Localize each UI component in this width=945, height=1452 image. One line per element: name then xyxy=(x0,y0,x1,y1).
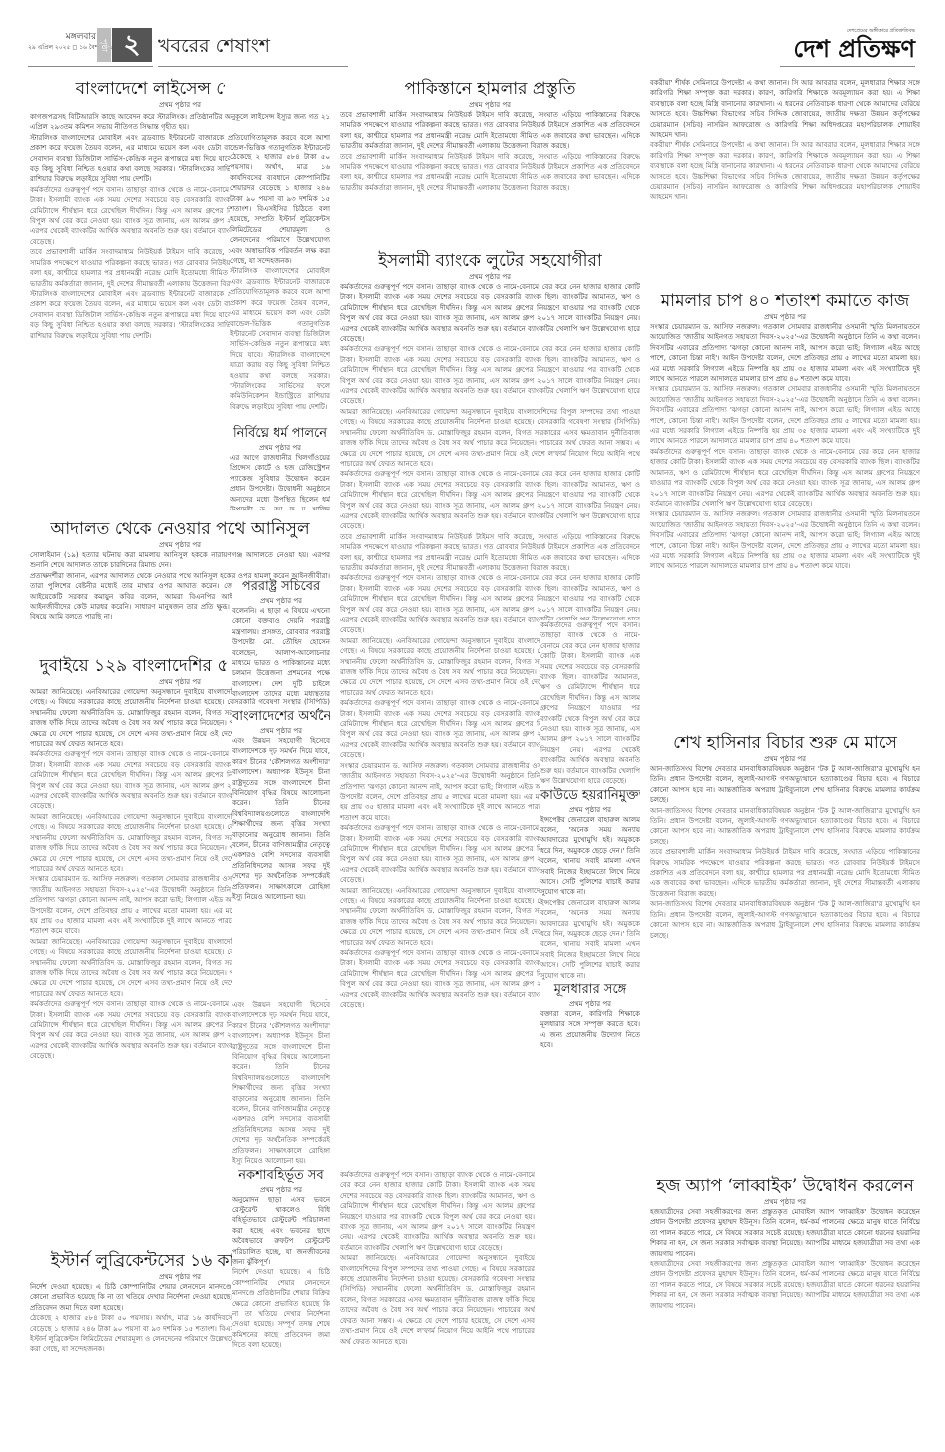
article-body: আন-জাতিসংঘ বিশেষ দেবতার মানবাধিকারবিষয়ক… xyxy=(650,764,920,941)
brand-name: দেশ প্রতিক্ষণ xyxy=(793,35,915,63)
jump-line: প্রথম পৃষ্ঠার পর xyxy=(650,1197,920,1207)
article-body: এবং উন্নয়ন সহযোগী হিসেবে বাংলাদেশকে দৃঢ… xyxy=(232,736,330,903)
story-dharma: নির্বিঘ্নে ধর্ম পালনে প্রথম পৃষ্ঠার পর এ… xyxy=(230,425,330,510)
story-naksha: এবং উন্নয়ন সহযোগী হিসেবে বাংলাদেশকে দৃঢ… xyxy=(232,1000,330,1440)
story-headline: মামলার চাপ ৪০ শতাংশ কমাতে কাজ xyxy=(650,290,920,312)
jump-line: প্রথম পৃষ্ঠার পর xyxy=(230,443,330,453)
article-text: আমরা জানিয়েছে। এনবিআরের গোয়েন্দা অনুসন… xyxy=(340,1253,535,1347)
article-text: কর্মকর্তাদের গুরুত্বপূর্ণ পদে বসান। তাছা… xyxy=(340,1170,535,1253)
story-headline: বাংলাদেশে লাইসেন্স পেল ইলন xyxy=(30,78,225,100)
article-text: এবং উন্নয়ন সহযোগী হিসেবে বাংলাদেশকে দৃঢ… xyxy=(232,736,330,903)
article-body: অনুমোদন ছাড়া এসব ভবনে রেস্টুরেন্ট থাকলে… xyxy=(232,1195,330,1351)
masthead: মঙ্গলবার ২৯ এপ্রিল ২০২৫ ◻ ১৬ বৈশাখ ১৪৩২ … xyxy=(0,0,945,70)
article-text: তবে প্রভাবশালী মার্কিন সংবাদমাধ্যম নিউইয… xyxy=(340,532,640,574)
article-body: বলেননি। এ ছাড়া এ বিষয়ে এখনো কোনো বক্তব… xyxy=(232,606,330,698)
story-headline: আদালত থেকে নেওয়ার পথে আনিসুল xyxy=(30,518,330,540)
story-foreign: পররাষ্ট্র সচিবের প্রথম পৃষ্ঠার পর বলেননি… xyxy=(232,578,330,698)
story-hajj: হজ অ্যাপ ‘লাব্বাইক’ উদ্বোধন করলেন প্রথম … xyxy=(650,1175,920,1440)
story-headline: বাংলাদেশের অর্থনৈতিক xyxy=(232,708,330,726)
jump-line: প্রথম পৃষ্ঠার পর xyxy=(650,312,920,322)
jump-line: প্রথম পৃষ্ঠার পর xyxy=(30,100,330,110)
masthead-rule xyxy=(158,66,348,67)
story-headline: নকশাবহির্ভূত সব xyxy=(232,1167,330,1185)
article-body: কর্মকর্তাদের গুরুত্বপূর্ণ পদে বসান। তাছা… xyxy=(540,620,640,787)
story-headline: কাউডে হয়রানিমুক্তভাবে xyxy=(540,787,640,805)
article-body: সংস্কার চেয়ারম্যান ড. আসিফ নজরুল। গতকাল… xyxy=(650,322,920,572)
article-body: ঠেকেছে ২ হাজার ৫৮৪ টাকা ৫০ পয়সায়। অর্থ… xyxy=(230,152,330,412)
jump-line: প্রথম পৃষ্ঠার পর xyxy=(540,805,640,815)
article-text: ইন্সপেক্টর জেনারেল বাহারুল আলম বলেন, 'অন… xyxy=(540,898,640,981)
story-pakistan: পাকিস্তানে হামলার প্রস্তুতি প্রথম পৃষ্ঠা… xyxy=(340,78,640,248)
brand-logo: দেশপ্রেমের অঙ্গীকারে প্রতিশ্রুতিবদ্ধ দেশ… xyxy=(793,28,915,63)
article-text: সংস্কার চেয়ারম্যান ড. আসিফ নজরুল। গতকাল… xyxy=(650,322,920,384)
article-lead: সোলাইমান (১৯) হত্যার ঘটনায় করা মামলায় … xyxy=(30,550,330,571)
story-headline: শেখ হাসিনার বিচার শুরু মে মাসে xyxy=(650,732,920,754)
article-text: তবে প্রভাবশালী মার্কিন সংবাদমাধ্যম নিউইয… xyxy=(340,152,640,194)
article-text: আমরা জানিয়েছে। এনবিআরের গোয়েন্দা অনুসন… xyxy=(340,407,640,469)
story-islami-cont: কর্মকর্তাদের গুরুত্বপূর্ণ পদে বসান। তাছা… xyxy=(340,1170,535,1440)
article-text: সংস্কার চেয়ারম্যান ড. আসিফ নজরুল। গতকাল… xyxy=(650,384,920,446)
article-text: সংস্কার চেয়ারম্যান ড. আসিফ নজরুল। গতকাল… xyxy=(650,509,920,571)
jump-line: প্রথম পৃষ্ঠার পর xyxy=(232,726,330,736)
story-karigori: বকরীয়া' শীর্ষক সেমিনারে উপদেষ্টা এ কথা … xyxy=(650,78,920,286)
jump-line: প্রথম পৃষ্ঠার পর xyxy=(30,540,330,550)
story-kaude-col: কর্মকর্তাদের গুরুত্বপূর্ণ পদে বসান। তাছা… xyxy=(540,620,640,1440)
jump-line: প্রথম পৃষ্ঠার পর xyxy=(650,754,920,764)
story-headline: নির্বিঘ্নে ধর্ম পালনে xyxy=(230,425,330,443)
article-text: এর আগে রাজধানীর খিলগাঁওয়ের প্রিন্সেস কো… xyxy=(230,453,330,510)
article-lead: কাগজপত্রসহ বিটিআরসি কাছে আবেদন করে স্টার… xyxy=(30,112,330,133)
issue-date: ২৯ এপ্রিল ২০২৫ ◻ ১৬ বৈশাখ ১৪৩২ xyxy=(28,43,96,52)
article-text: ইন্সপেক্টর জেনারেল বাহারুল আলম বলেন, 'অন… xyxy=(540,815,640,898)
article-text: নির্দেশ দেওয়া হয়েছে। এ চিঠি কোম্পানিটি… xyxy=(232,1267,330,1350)
article-text: বকরীয়া' শীর্ষক সেমিনারে উপদেষ্টা এ কথা … xyxy=(650,140,920,202)
article-body: এর আগে রাজধানীর খিলগাঁওয়ের প্রিন্সেস কো… xyxy=(230,453,330,510)
article-text: এবং উন্নয়ন সহযোগী হিসেবে বাংলাদেশকে দৃঢ… xyxy=(232,1000,330,1167)
page-label: পৃষ্ঠা xyxy=(97,28,111,62)
masthead-rule xyxy=(780,66,915,67)
story-hasina: শেখ হাসিনার বিচার শুরু মে মাসে প্রথম পৃষ… xyxy=(650,732,920,1172)
masthead-rule xyxy=(28,66,153,67)
story-headline: ইসলামী ব্যাংকে লুটের সহযোগীরা xyxy=(340,250,640,272)
page-number: ২ xyxy=(112,28,152,62)
story-headline: মূলধারার সঙ্গে xyxy=(540,981,640,999)
story-share: ঠেকেছে ২ হাজার ৫৮৪ টাকা ৫০ পয়সায়। অর্থ… xyxy=(230,152,330,424)
article-text: হজযাত্রীদের সেবা সহজীকরণের জন্য প্রস্তুত… xyxy=(650,1259,920,1311)
article-body: বক্তারা বলেন, কারিগরি শিক্ষাকে মূলধারার … xyxy=(540,1009,640,1051)
story-economic: বাংলাদেশের অর্থনৈতিক প্রথম পৃষ্ঠার পর এব… xyxy=(232,708,330,998)
article-text: কর্মকর্তাদের গুরুত্বপূর্ণ পদে বসান। তাছা… xyxy=(340,469,640,531)
article-text: স্টারলিংক বাংলাদেশের মোবাইল এবং ব্রডব্যা… xyxy=(230,266,330,412)
article-text: তবে প্রভাবশালী মার্কিন সংবাদমাধ্যম নিউইয… xyxy=(650,847,920,899)
jump-line: প্রথম পৃষ্ঠার পর xyxy=(340,272,640,282)
article-text: কর্মকর্তাদের গুরুত্বপূর্ণ পদে বসান। তাছা… xyxy=(540,620,640,787)
issue-date-block: মঙ্গলবার ২৯ এপ্রিল ২০২৫ ◻ ১৬ বৈশাখ ১৪৩২ xyxy=(28,32,96,52)
article-text: তবে প্রভাবশালী মার্কিন সংবাদমাধ্যম নিউইয… xyxy=(340,110,640,152)
article-body: তবে প্রভাবশালী মার্কিন সংবাদমাধ্যম নিউইয… xyxy=(340,110,640,193)
article-text: বলেননি। এ ছাড়া এ বিষয়ে এখনো কোনো বক্তব… xyxy=(232,606,330,698)
article-body: এবং উন্নয়ন সহযোগী হিসেবে বাংলাদেশকে দৃঢ… xyxy=(232,1000,330,1167)
article-text: আন-জাতিসংঘ বিশেষ দেবতার মানবাধিকারবিষয়ক… xyxy=(650,806,920,848)
article-body: বকরীয়া' শীর্ষক সেমিনারে উপদেষ্টা এ কথা … xyxy=(650,78,920,203)
section-title: খবরের শেষাংশ xyxy=(158,32,270,64)
article-text: হজযাত্রীদের সেবা সহজীকরণের জন্য প্রস্তুত… xyxy=(650,1207,920,1259)
article-text: বক্তারা বলেন, কারিগরি শিক্ষাকে মূলধারার … xyxy=(540,1009,640,1051)
article-text: আন-জাতিসংঘ বিশেষ দেবতার মানবাধিকারবিষয়ক… xyxy=(650,764,920,806)
article-text: কর্মকর্তাদের গুরুত্বপূর্ণ পদে বসান। তাছা… xyxy=(650,447,920,509)
jump-line: প্রথম পৃষ্ঠার পর xyxy=(232,596,330,606)
article-body: কর্মকর্তাদের গুরুত্বপূর্ণ পদে বসান। তাছা… xyxy=(340,1170,535,1347)
jump-line: প্রথম পৃষ্ঠার পর xyxy=(540,999,640,1009)
article-text: আন-জাতিসংঘ বিশেষ দেবতার মানবাধিকারবিষয়ক… xyxy=(650,899,920,941)
article-text: কর্মকর্তাদের গুরুত্বপূর্ণ পদে বসান। তাছা… xyxy=(340,282,640,344)
article-body: হজযাত্রীদের সেবা সহজীকরণের জন্য প্রস্তুত… xyxy=(650,1207,920,1311)
jump-line: প্রথম পৃষ্ঠার পর xyxy=(232,1185,330,1195)
issue-day: মঙ্গলবার xyxy=(28,32,96,43)
story-headline: পাকিস্তানে হামলার প্রস্তুতি xyxy=(340,78,640,100)
article-text: কর্মকর্তাদের গুরুত্বপূর্ণ পদে বসান। তাছা… xyxy=(340,344,640,406)
article-text: ঠেকেছে ২ হাজার ৫৮৪ টাকা ৫০ পয়সায়। অর্থ… xyxy=(230,152,330,266)
story-mamla: মামলার চাপ ৪০ শতাংশ কমাতে কাজ প্রথম পৃষ্… xyxy=(650,290,920,730)
jump-line: প্রথম পৃষ্ঠার পর xyxy=(340,100,640,110)
story-headline: পররাষ্ট্র সচিবের xyxy=(232,578,330,596)
article-body: ইন্সপেক্টর জেনারেল বাহারুল আলম বলেন, 'অন… xyxy=(540,815,640,982)
story-headline: হজ অ্যাপ ‘লাব্বাইক’ উদ্বোধন করলেন xyxy=(650,1175,920,1197)
article-text: বকরীয়া' শীর্ষক সেমিনারে উপদেষ্টা এ কথা … xyxy=(650,78,920,140)
article-text: অনুমোদন ছাড়া এসব ভবনে রেস্টুরেন্ট থাকলে… xyxy=(232,1195,330,1268)
